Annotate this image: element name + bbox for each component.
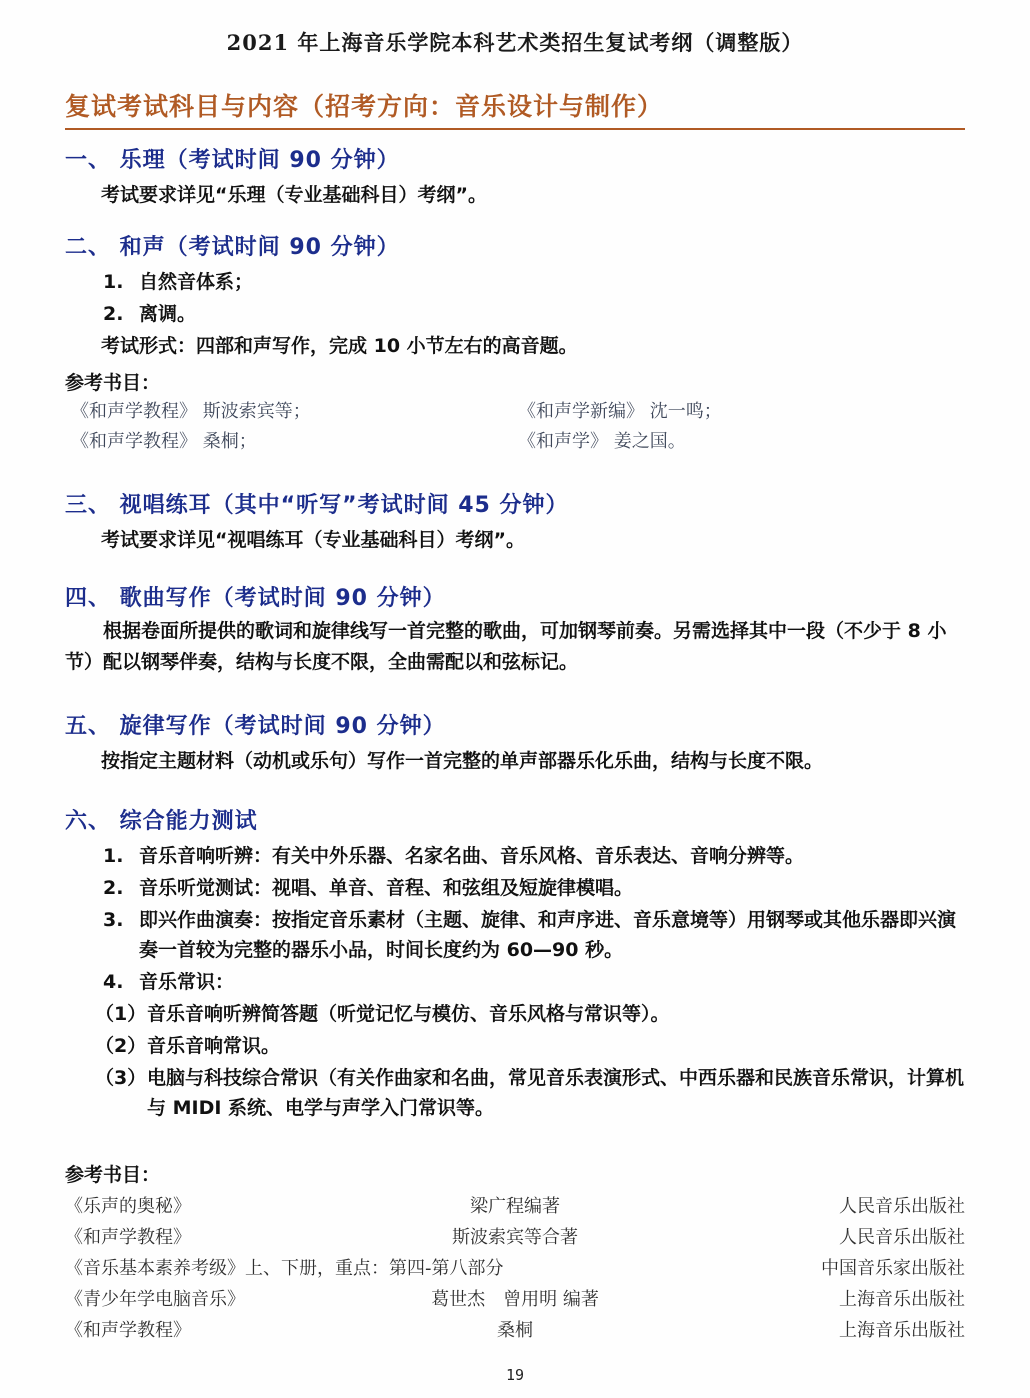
- item-text: 音乐听觉测试：视唱、单音、音程、和弦组及短旋律模唱。: [139, 873, 965, 903]
- list-item: 4. 音乐常识：: [65, 967, 965, 997]
- bib-title: 《和声学教程》: [65, 1222, 365, 1253]
- section-body: 根据卷面所提供的歌词和旋律线写一首完整的歌曲，可加钢琴前奏。另需选择其中一段（不…: [65, 616, 965, 678]
- bib-row: 《青少年学电脑音乐》 葛世杰 曾用明 编著 上海音乐出版社: [65, 1284, 965, 1315]
- bibliography-label: 参考书目：: [65, 1161, 965, 1189]
- section-title: 四、 歌曲写作（考试时间 90 分钟）: [65, 584, 965, 614]
- item-text: 离调。: [139, 299, 965, 329]
- refs-label: 参考书目：: [65, 369, 965, 397]
- item-number: 3.: [103, 905, 139, 965]
- bib-title: 《和声学教程》: [65, 1315, 365, 1346]
- ref-entry: 《和声学新编》 沈一鸣；: [518, 397, 965, 427]
- item-text: 音乐音响听辨：有关中外乐器、名家名曲、音乐风格、音乐表达、音响分辨等。: [139, 841, 965, 871]
- item-text: 即兴作曲演奏：按指定音乐素材（主题、旋律、和声序进、音乐意境等）用钢琴或其他乐器…: [139, 905, 965, 965]
- bib-title: 《音乐基本素养考级》上、下册，重点：第四-第八部分: [65, 1253, 665, 1284]
- section-body: 考试要求详见“乐理（专业基础科目）考纲”。: [65, 181, 965, 209]
- exam-form-line: 考试形式：四部和声写作，完成 10 小节左右的高音题。: [65, 331, 965, 361]
- item-text: 音乐常识：: [139, 967, 965, 997]
- section-body: 按指定主题材料（动机或乐句）写作一首完整的单声部器乐化乐曲，结构与长度不限。: [65, 747, 965, 775]
- list-item: 3. 即兴作曲演奏：按指定音乐素材（主题、旋律、和声序进、音乐意境等）用钢琴或其…: [65, 905, 965, 965]
- bib-author: 桑桐: [365, 1315, 665, 1346]
- list-item: 2. 音乐听觉测试：视唱、单音、音程、和弦组及短旋律模唱。: [65, 873, 965, 903]
- item-number: 2.: [103, 299, 139, 329]
- section-title: 三、 视唱练耳（其中“听写”考试时间 45 分钟）: [65, 491, 965, 521]
- section-body: 考试要求详见“视唱练耳（专业基础科目）考纲”。: [65, 526, 965, 554]
- harmony-item-list: 1. 自然音体系； 2. 离调。: [65, 267, 965, 329]
- bib-row: 《音乐基本素养考级》上、下册，重点：第四-第八部分 中国音乐家出版社: [65, 1253, 965, 1284]
- ref-entry: 《和声学》 姜之国。: [518, 427, 965, 457]
- section-comprehensive-test: 六、 综合能力测试 1. 音乐音响听辨：有关中外乐器、名家名曲、音乐风格、音乐表…: [65, 807, 965, 1123]
- bib-row: 《和声学教程》 桑桐 上海音乐出版社: [65, 1315, 965, 1346]
- item-number: 1.: [103, 841, 139, 871]
- bib-publisher: 人民音乐出版社: [665, 1191, 965, 1222]
- item-number: （2）: [95, 1031, 147, 1061]
- bib-publisher: 上海音乐出版社: [665, 1284, 965, 1315]
- bib-author: 斯波索宾等合著: [365, 1222, 665, 1253]
- section-music-theory: 一、 乐理（考试时间 90 分钟） 考试要求详见“乐理（专业基础科目）考纲”。: [65, 146, 965, 209]
- item-number: （3）: [95, 1063, 147, 1123]
- document-page: 2021 年上海音乐学院本科艺术类招生复试考纲（调整版） 复试考试科目与内容（招…: [0, 0, 1030, 1398]
- item-text: 音乐音响常识。: [147, 1031, 965, 1061]
- bib-publisher: 上海音乐出版社: [665, 1315, 965, 1346]
- bibliography: 《乐声的奥秘》 梁广程编著 人民音乐出版社 《和声学教程》 斯波索宾等合著 人民…: [65, 1191, 965, 1346]
- main-heading: 复试考试科目与内容（招考方向：音乐设计与制作）: [65, 90, 965, 130]
- section-song-writing: 四、 歌曲写作（考试时间 90 分钟） 根据卷面所提供的歌词和旋律线写一首完整的…: [65, 584, 965, 678]
- list-subitem: （2） 音乐音响常识。: [65, 1031, 965, 1061]
- header-title: 2021 年上海音乐学院本科艺术类招生复试考纲（调整版）: [65, 28, 965, 58]
- item-text: 音乐音响听辨简答题（听觉记忆与模仿、音乐风格与常识等）。: [147, 999, 965, 1029]
- item-text: 电脑与科技综合常识（有关作曲家和名曲，常见音乐表演形式、中西乐器和民族音乐常识，…: [147, 1063, 965, 1123]
- list-item: 2. 离调。: [65, 299, 965, 329]
- page-number: 19: [0, 1366, 1030, 1384]
- item-text: 自然音体系；: [139, 267, 965, 297]
- bib-publisher: 人民音乐出版社: [665, 1222, 965, 1253]
- list-item: 1. 音乐音响听辨：有关中外乐器、名家名曲、音乐风格、音乐表达、音响分辨等。: [65, 841, 965, 871]
- section-melody-writing: 五、 旋律写作（考试时间 90 分钟） 按指定主题材料（动机或乐句）写作一首完整…: [65, 712, 965, 775]
- bib-author: 梁广程编著: [365, 1191, 665, 1222]
- list-subitem: （1） 音乐音响听辨简答题（听觉记忆与模仿、音乐风格与常识等）。: [65, 999, 965, 1029]
- bib-author: 葛世杰 曾用明 编著: [365, 1284, 665, 1315]
- item-number: （1）: [95, 999, 147, 1029]
- section-sight-singing: 三、 视唱练耳（其中“听写”考试时间 45 分钟） 考试要求详见“视唱练耳（专业…: [65, 491, 965, 554]
- bib-title: 《乐声的奥秘》: [65, 1191, 365, 1222]
- item-number: 2.: [103, 873, 139, 903]
- comprehensive-item-list: 1. 音乐音响听辨：有关中外乐器、名家名曲、音乐风格、音乐表达、音响分辨等。 2…: [65, 841, 965, 1123]
- list-subitem: （3） 电脑与科技综合常识（有关作曲家和名曲，常见音乐表演形式、中西乐器和民族音…: [65, 1063, 965, 1123]
- section-title: 一、 乐理（考试时间 90 分钟）: [65, 146, 965, 176]
- bib-row: 《乐声的奥秘》 梁广程编著 人民音乐出版社: [65, 1191, 965, 1222]
- refs-grid: 《和声学教程》 斯波索宾等； 《和声学新编》 沈一鸣； 《和声学教程》 桑桐； …: [65, 397, 965, 457]
- list-item: 1. 自然音体系；: [65, 267, 965, 297]
- section-title: 五、 旋律写作（考试时间 90 分钟）: [65, 712, 965, 742]
- ref-entry: 《和声学教程》 斯波索宾等；: [71, 397, 518, 427]
- section-title: 六、 综合能力测试: [65, 807, 965, 837]
- ref-entry: 《和声学教程》 桑桐；: [71, 427, 518, 457]
- bib-publisher: 中国音乐家出版社: [665, 1253, 965, 1284]
- section-harmony: 二、 和声（考试时间 90 分钟） 1. 自然音体系； 2. 离调。 考试形式：…: [65, 233, 965, 457]
- section-title: 二、 和声（考试时间 90 分钟）: [65, 233, 965, 263]
- item-number: 1.: [103, 267, 139, 297]
- item-number: 4.: [103, 967, 139, 997]
- bib-row: 《和声学教程》 斯波索宾等合著 人民音乐出版社: [65, 1222, 965, 1253]
- bib-title: 《青少年学电脑音乐》: [65, 1284, 365, 1315]
